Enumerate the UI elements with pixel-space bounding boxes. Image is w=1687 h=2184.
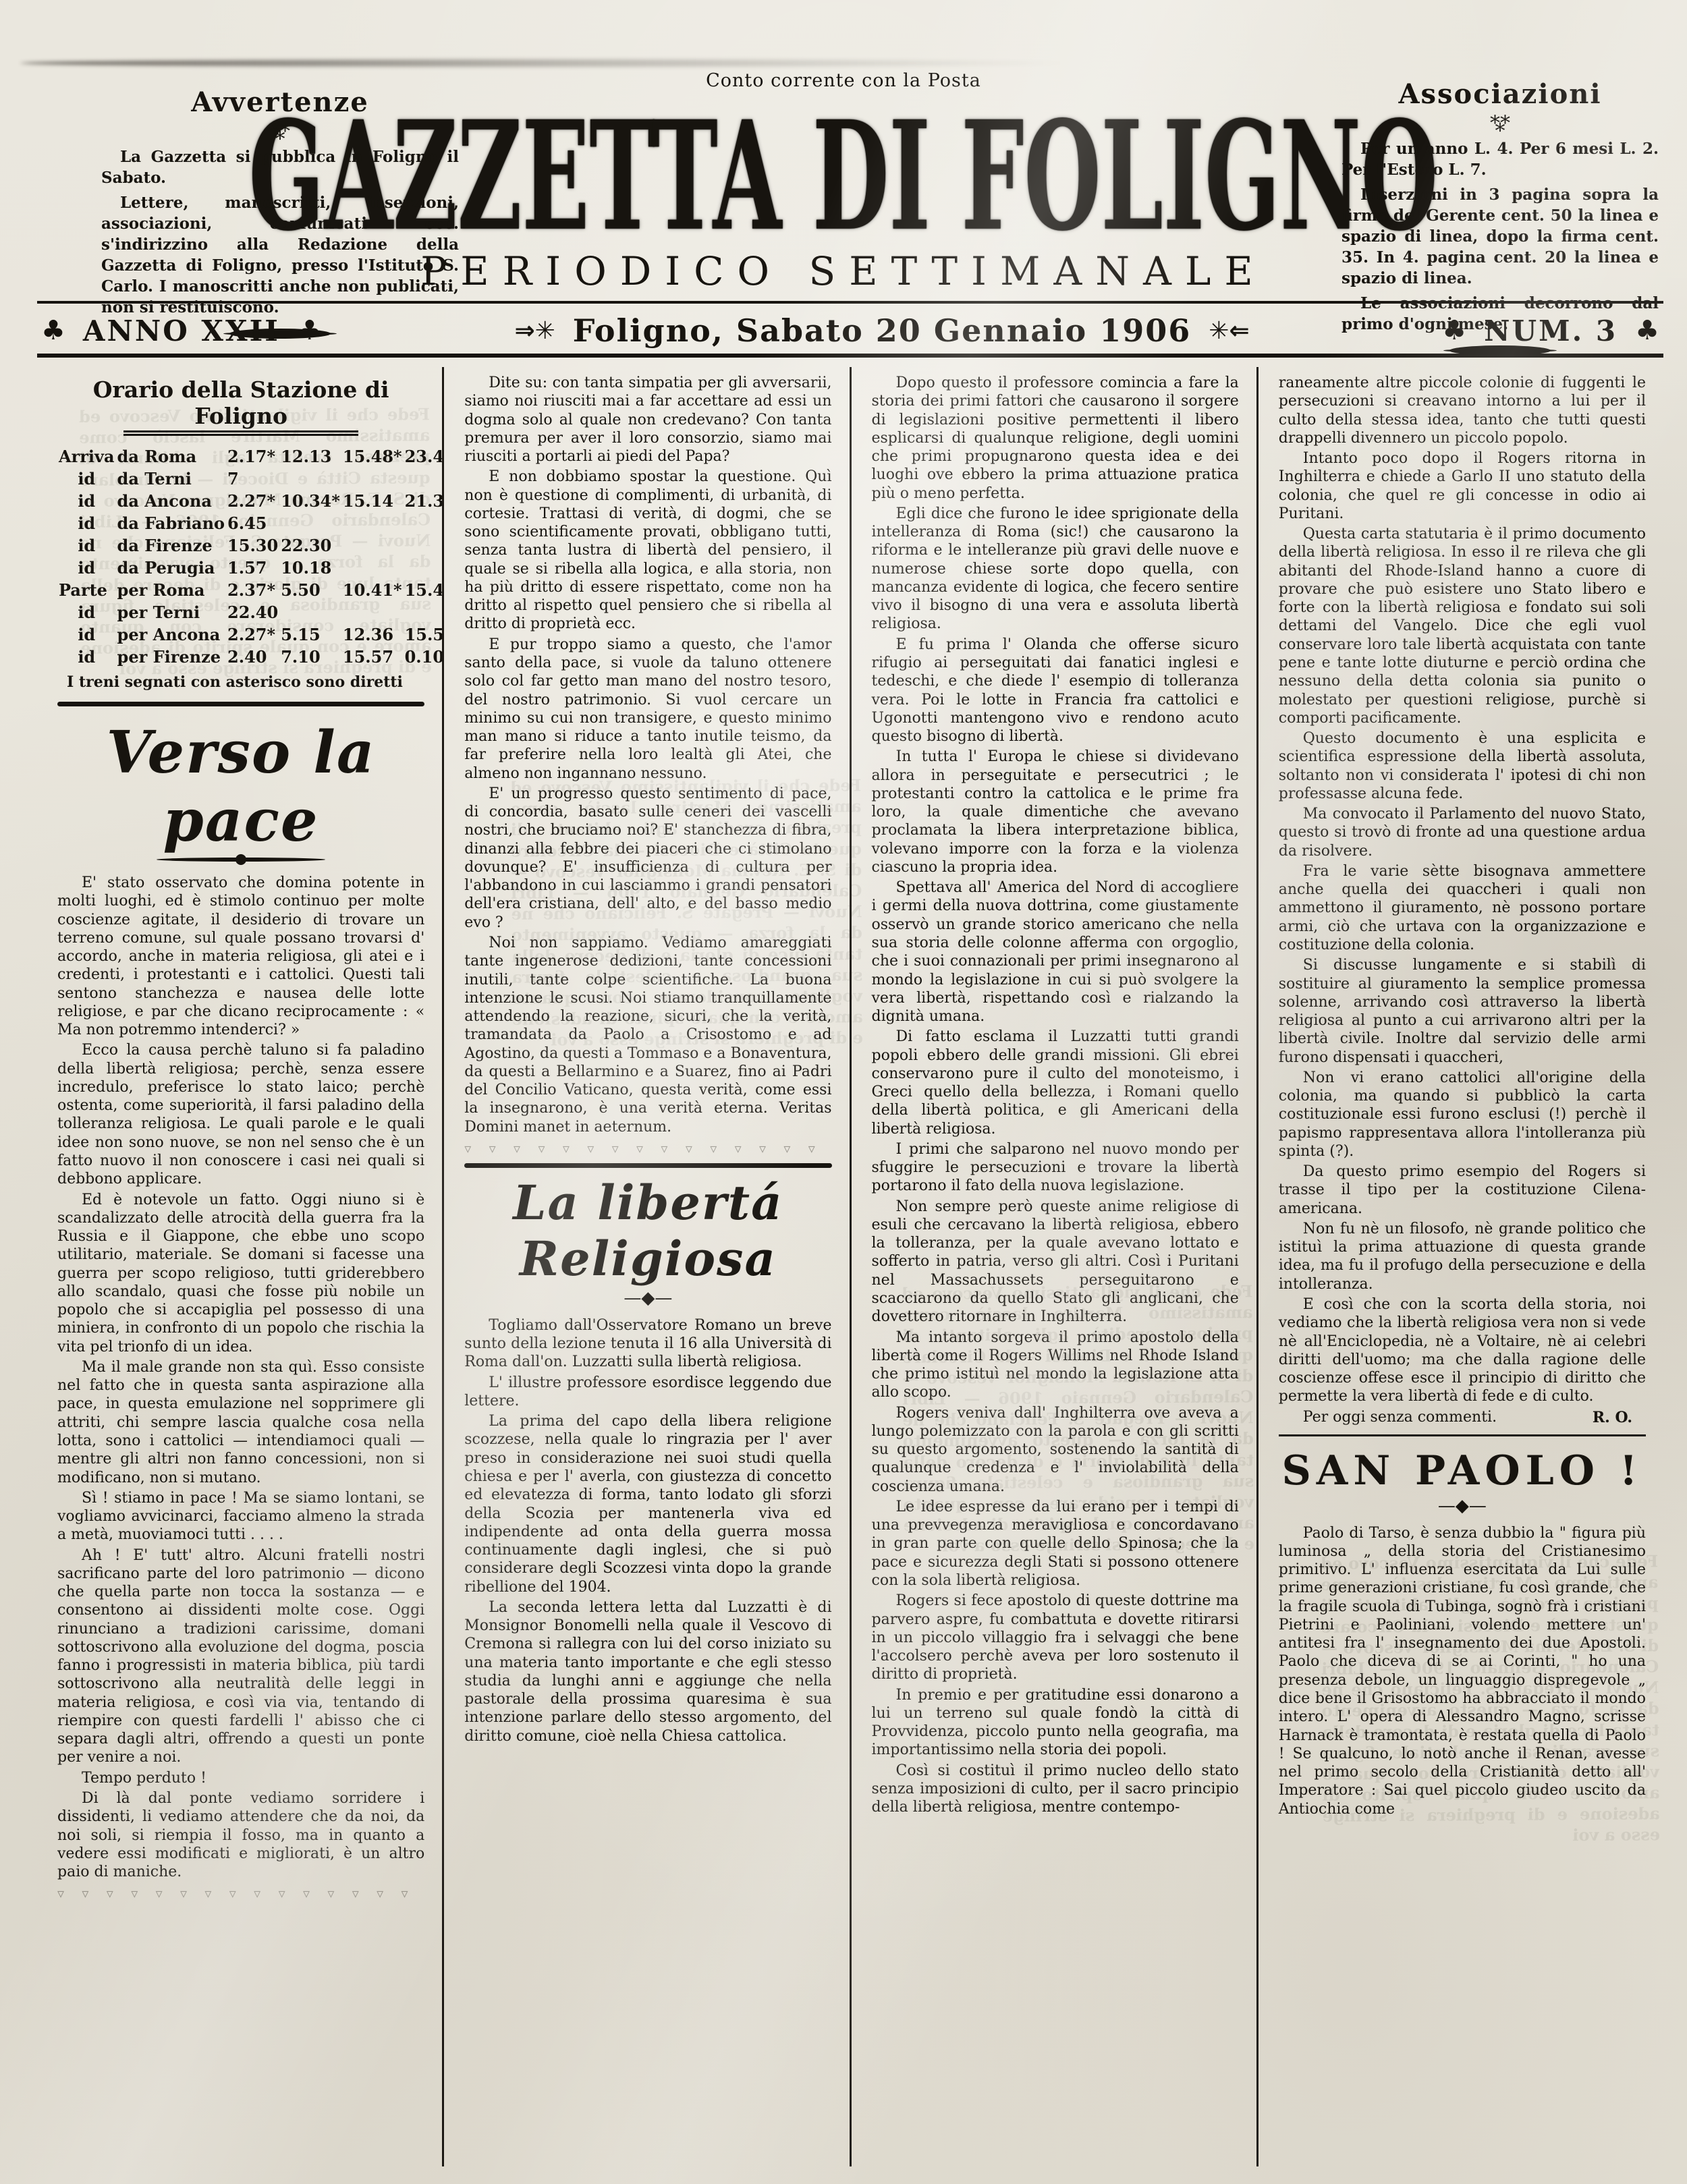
schedule-cell: id (57, 646, 116, 668)
schedule-note: I treni segnati con asterisco sono diret… (67, 673, 424, 691)
schedule-cell: 15.55* (404, 623, 443, 646)
schedule-row: idda Firenze15.3022.30 (57, 534, 442, 557)
schedule-cell: 10.34* (279, 490, 341, 512)
paragraph: Di là dal ponte vediamo sorridere i diss… (57, 1789, 424, 1881)
schedule-cell: Parte (57, 579, 116, 601)
schedule-cell: 5.50 (279, 579, 341, 601)
article-title-san-paolo: SAN PAOLO ! (1279, 1447, 1646, 1494)
paragraph: Rogers veniva dall' Inghilterra ove avev… (872, 1404, 1239, 1496)
horizontal-rule (37, 301, 1663, 304)
schedule-cell: 10.41* (341, 579, 404, 601)
paragraph: raneamente altre piccole colonie di fugg… (1279, 374, 1646, 447)
schedule-cell: 12.36 (341, 623, 404, 646)
schedule-cell: 2.17* (226, 445, 279, 468)
lace-ornament: ▿ ▿ ▿ ▿ ▿ ▿ ▿ ▿ ▿ ▿ ▿ ▿ ▿ ▿ ▿ ▿ ▿ ▿ ▿ ▿ … (464, 1140, 831, 1156)
horizontal-rule (1279, 1434, 1646, 1436)
schedule-cell: 23.40 (404, 445, 443, 468)
paragraph: Questa carta statutaria è il primo docum… (1279, 525, 1646, 727)
schedule-row: idper Firenze2.407.1015.570.10 (57, 646, 442, 668)
newspaper-subtitle: PERIODICO SETTIMANALE (0, 248, 1687, 294)
article-title-verso-la-pace: Verso la pace (57, 719, 424, 855)
schedule-cell: 22.40 (226, 601, 279, 623)
schedule-cell: per Firenze (116, 646, 227, 668)
schedule-cell: 22.30 (279, 534, 341, 557)
paragraph: In premio e per gratitudine essi donaron… (872, 1686, 1239, 1760)
paragraph: Così si costituì il primo nucleo dello s… (872, 1762, 1239, 1817)
schedule-cell (341, 512, 404, 534)
paragraph: Non vi erano cattolici all'origine della… (1279, 1069, 1646, 1160)
column-3: Dopo questo il professore comincia a far… (850, 367, 1256, 2166)
numero-group: ♣ NUM. 3 ♣ (1442, 314, 1659, 347)
schedule-cell: 6.45 (226, 512, 279, 534)
paragraph: Dopo questo il professore comincia a far… (872, 374, 1239, 503)
schedule-cell: da Firenze (116, 534, 227, 557)
dateline-group: ⇒✳ Foligno, Sabato 20 Gennaio 1906 ✳⇐ (514, 312, 1249, 349)
paragraph: Rogers si fece apostolo di queste dottri… (872, 1592, 1239, 1683)
paragraph: Non sempre però queste anime religiose d… (872, 1198, 1239, 1326)
paragraph: Tempo perduto ! (57, 1769, 424, 1787)
schedule-row: idda Fabriano6.45 (57, 512, 442, 534)
schedule-cell (341, 601, 404, 623)
paragraph: E pur troppo siamo a questo, che l'amor … (464, 636, 831, 783)
paragraph: Noi non sappiamo. Vediamo amareggiati ta… (464, 934, 831, 1136)
schedule-cell: 15.30 (226, 534, 279, 557)
schedule-cell: da Perugia (116, 557, 227, 579)
schedule-cell: id (57, 557, 116, 579)
signature-row: Per oggi senza commenti. R. O. (1279, 1409, 1646, 1426)
anno-group: ♣ ANNO XXII ♣ (41, 314, 322, 347)
schedule-cell (341, 468, 404, 490)
associazioni-heading: Associazioni (1342, 78, 1659, 110)
schedule-cell (279, 468, 341, 490)
paragraph: Dite su: con tanta simpatia per gli avve… (464, 374, 831, 466)
schedule-cell (404, 468, 443, 490)
horizontal-rule (464, 1163, 831, 1168)
schedule-row: idper Ancona2.27*5.1512.3615.55* (57, 623, 442, 646)
schedule-cell (404, 512, 443, 534)
schedule-cell: 15.57 (341, 646, 404, 668)
asterism-ornament: ⁂ (101, 119, 459, 140)
schedule-cell: 15.48 (404, 579, 443, 601)
paragraph: Ma intanto sorgeva il primo apostolo del… (872, 1328, 1239, 1402)
fleuron-icon: ♣ (298, 317, 322, 344)
schedule-cell: per Ancona (116, 623, 227, 646)
paragraph: Spettava all' America del Nord di accogl… (872, 878, 1239, 1026)
paragraph: Da questo primo esempio del Rogers si tr… (1279, 1163, 1646, 1218)
schedule-underline (123, 430, 358, 436)
schedule-cell: 15.14 (341, 490, 404, 512)
schedule-cell: 7 (226, 468, 279, 490)
paragraph: Ah ! E' tutt' altro. Alcuni fratelli nos… (57, 1546, 424, 1767)
schedule-cell (279, 512, 341, 534)
schedule-cell: 7.10 (279, 646, 341, 668)
schedule-cell (404, 534, 443, 557)
newspaper-page: Fede che il vigilantissimo Vescovo ed am… (0, 0, 1687, 2184)
paragraph: Non fu nè un filosofo, nè grande politic… (1279, 1220, 1646, 1293)
paragraph: Ed è notevole un fatto. Oggi niuno si è … (57, 1191, 424, 1356)
fleuron-icon: ♣ (1442, 317, 1466, 344)
lace-ornament: ▿ ▿ ▿ ▿ ▿ ▿ ▿ ▿ ▿ ▿ ▿ ▿ ▿ ▿ ▿ ▿ ▿ ▿ ▿ ▿ … (57, 1885, 424, 1901)
schedule-cell: 2.40 (226, 646, 279, 668)
asterism-ornament: ⁂ (1342, 111, 1659, 132)
schedule-cell (404, 601, 443, 623)
paragraph: Questo documento è una esplicita e scien… (1279, 729, 1646, 803)
schedule-cell: da Roma (116, 445, 227, 468)
arrow-ornament-icon: ✳⇐ (1209, 317, 1249, 345)
arrow-ornament-icon: ⇒✳ (514, 317, 555, 345)
schedule-cell: id (57, 490, 116, 512)
author-initials: R. O. (1593, 1409, 1646, 1426)
paragraph: Paolo di Tarso, è senza dubbio la " figu… (1279, 1524, 1646, 1818)
schedule-cell: 12.13 (279, 445, 341, 468)
paragraph: Intanto poco dopo il Rogers ritorna in I… (1279, 449, 1646, 523)
fleuron-icon: ♣ (41, 317, 65, 344)
paragraph: Egli dice che furono le idee sprigionate… (872, 505, 1239, 634)
schedule-cell: 15.48* (341, 445, 404, 468)
schedule-cell (341, 557, 404, 579)
date-bar: ♣ ANNO XXII ♣ ⇒✳ Foligno, Sabato 20 Genn… (37, 308, 1663, 358)
column-layout: Orario della Stazione di Foligno Arrivad… (37, 367, 1663, 2166)
schedule-cell: 1.57 (226, 557, 279, 579)
dateline: Foligno, Sabato 20 Gennaio 1906 (573, 312, 1192, 349)
schedule-cell: id (57, 512, 116, 534)
schedule-cell: id (57, 623, 116, 646)
train-schedule-table: Arrivada Roma2.17*12.1315.48*23.40 idda … (57, 445, 442, 668)
schedule-cell: per Roma (116, 579, 227, 601)
schedule-cell: 2.27* (226, 490, 279, 512)
scan-smudge (20, 59, 1073, 67)
paragraph: Ma convocato il Parlamento del nuovo Sta… (1279, 805, 1646, 860)
paragraph: Ecco la causa perchè taluno si fa paladi… (57, 1041, 424, 1188)
schedule-cell: per Terni (116, 601, 227, 623)
small-ornament: —◆— (464, 1288, 831, 1308)
paragraph: Le idee espresse da lui erano per i temp… (872, 1498, 1239, 1590)
horizontal-rule (57, 702, 424, 706)
paragraph: Sì ! stiamo in pace ! Ma se siamo lontan… (57, 1489, 424, 1544)
schedule-cell: da Ancona (116, 490, 227, 512)
schedule-title: Orario della Stazione di Foligno (57, 376, 424, 429)
schedule-cell: 21.35 (404, 490, 443, 512)
schedule-cell: 0.10 (404, 646, 443, 668)
schedule-row: idper Terni22.40 (57, 601, 442, 623)
schedule-row: idda Terni7 (57, 468, 442, 490)
fleuron-icon: ♣ (1635, 317, 1659, 344)
closing-note: Per oggi senza commenti. (1279, 1409, 1497, 1426)
article-title-la-liberta-religiosa: La libertá Religiosa (464, 1175, 831, 1287)
anno-label: ANNO XXII (83, 314, 280, 347)
avvertenze-heading: Avvertenze (101, 86, 459, 118)
schedule-cell: id (57, 534, 116, 557)
paragraph: Si discusse lungamente e si stabilì di s… (1279, 956, 1646, 1067)
paragraph: E non dobbiamo spostar la questione. Quì… (464, 468, 831, 633)
avvertenze-line: La Gazzetta si pubblica in Foligno il Sa… (101, 146, 459, 188)
paragraph: E fu prima l' Olanda che offerse sicuro … (872, 636, 1239, 746)
schedule-cell: da Terni (116, 468, 227, 490)
schedule-cell: id (57, 601, 116, 623)
schedule-row: idda Ancona2.27*10.34*15.1421.35 (57, 490, 442, 512)
paragraph: E' stato osservato che domina potente in… (57, 874, 424, 1039)
associazioni-line: Per un anno L. 4. Per 6 mesi L. 2. Per l… (1342, 138, 1659, 180)
paragraph: L' illustre professore esordisce leggend… (464, 1374, 831, 1411)
schedule-cell (404, 557, 443, 579)
schedule-cell: 2.37* (226, 579, 279, 601)
issue-number: NUM. 3 (1484, 314, 1617, 347)
schedule-cell: 10.18 (279, 557, 341, 579)
taper-rule-ornament (157, 858, 325, 862)
column-2: Dite su: con tanta simpatia per gli avve… (442, 367, 849, 2166)
schedule-cell: Arriva (57, 445, 116, 468)
small-ornament: —◆— (1279, 1496, 1646, 1516)
paragraph: La prima del capo della libera religione… (464, 1412, 831, 1596)
schedule-row: idda Perugia1.5710.18 (57, 557, 442, 579)
schedule-cell: 5.15 (279, 623, 341, 646)
paragraph: Togliamo dall'Osservatore Romano un brev… (464, 1316, 831, 1372)
schedule-cell (279, 601, 341, 623)
schedule-cell: 2.27* (226, 623, 279, 646)
column-1: Orario della Stazione di Foligno Arrivad… (37, 367, 442, 2166)
schedule-cell (341, 534, 404, 557)
schedule-row: Parteper Roma2.37*5.5010.41*15.48 (57, 579, 442, 601)
paragraph: Fra le varie sètte bisognava ammettere a… (1279, 862, 1646, 954)
paragraph: In tutta l' Europa le chiese si divideva… (872, 748, 1239, 876)
column-4: raneamente altre piccole colonie di fugg… (1256, 367, 1663, 2166)
schedule-row: Arrivada Roma2.17*12.1315.48*23.40 (57, 445, 442, 468)
schedule-cell: id (57, 468, 116, 490)
paragraph: E' un progresso questo sentimento di pac… (464, 785, 831, 932)
paragraph: Ma il male grande non sta quì. Esso cons… (57, 1358, 424, 1487)
paragraph: La seconda lettera letta dal Luzzatti è … (464, 1598, 831, 1745)
paragraph: Di fatto esclama il Luzzatti tutti grand… (872, 1028, 1239, 1138)
paragraph: I primi che salparono nel nuovo mondo pe… (872, 1140, 1239, 1196)
schedule-cell: da Fabriano (116, 512, 227, 534)
paragraph: E così che con la scorta della storia, n… (1279, 1295, 1646, 1406)
